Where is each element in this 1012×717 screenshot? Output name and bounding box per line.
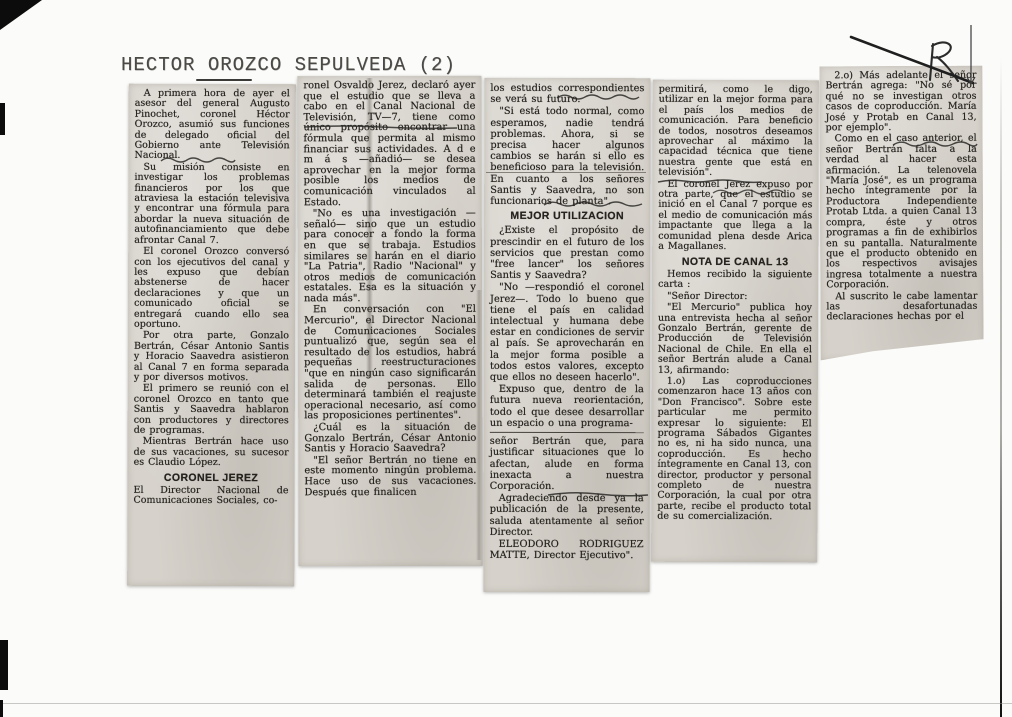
article-paragraph: permitirá, como le digo, utilizar en la … [658, 85, 812, 179]
scanned-page: HECTOR OROZCO SEPULVEDA (2) A primera ho… [0, 0, 1012, 717]
scanner-edge-mark [0, 640, 8, 690]
article-paragraph: A primera hora de ayer el asesor del gen… [135, 89, 290, 162]
article-paragraph: Su misión consiste en investigar los pro… [134, 163, 289, 247]
section-heading: NOTA DE CANAL 13 [658, 256, 812, 267]
article-paragraph: Como en el caso anterior, el señor Bertr… [826, 134, 978, 291]
article-paragraph: El coronel Orozco conversó con los ejecu… [134, 247, 289, 331]
article-paragraph: "No —respondió el coronel Jerez—. Todo l… [490, 282, 644, 383]
article-paragraph: Por otra parte, Gonzalo Bertrán, César A… [134, 331, 289, 384]
scanner-edge-mark [0, 700, 3, 717]
article-paragraph: Mientras Bertrán hace uso de sus vacacio… [134, 437, 289, 469]
article-paragraph: ELEODORO RODRIGUEZ MATTE, Director Ejecu… [490, 539, 644, 562]
scanner-edge-mark [0, 0, 42, 30]
article-column-3: los estudios correspondientes se verá su… [484, 78, 651, 592]
article-paragraph: ¿Cuál es la situación de Gonzalo Bertrán… [304, 423, 476, 455]
section-heading: MEJOR UTILIZACION [490, 211, 644, 222]
article-paragraph: los estudios correspondientes se verá su… [490, 83, 644, 106]
page-title: HECTOR OROZCO SEPULVEDA (2) [121, 54, 456, 76]
article-paragraph: 2.o) Más adelante el señor Bertrán agreg… [825, 71, 976, 134]
pen-underline-mark [196, 79, 252, 81]
article-paragraph: El coronel Jerez expuso por otra parte, … [658, 179, 812, 252]
page-edge-shadow [1000, 0, 1002, 717]
section-heading: CORONEL JEREZ [134, 472, 289, 483]
article-paragraph: Agradeciendo desde ya la publicación de … [490, 493, 644, 538]
article-paragraph: Hemos recibido la siguiente carta : [658, 270, 812, 291]
article-paragraph: El Director Nacional de Comunicaciones S… [133, 486, 288, 507]
article-paragraph: "El señor Bertrán no tiene en este momen… [304, 456, 476, 499]
article-column-5: 2.o) Más adelante el señor Bertrán agreg… [819, 66, 983, 361]
article-paragraph: ronel Osvaldo Jerez, declaró ayer que el… [303, 81, 475, 209]
article-column-4: permitirá, como le digo, utilizar en la … [651, 80, 819, 563]
article-paragraph: En conversación con "El Mercurio", el Di… [304, 305, 476, 422]
article-paragraph: "Señor Director: [658, 291, 812, 302]
article-paragraph: "No es una investigación —señaló— sino q… [304, 209, 476, 305]
article-paragraph: El primero se reunió con el coronel Oroz… [134, 384, 289, 437]
scanner-edge-mark [0, 103, 5, 135]
article-column-2: ronel Osvaldo Jerez, declaró ayer que el… [297, 76, 482, 566]
article-paragraph: 1.o) Las coproducciones comenzaron hace … [657, 377, 812, 523]
article-paragraph: Expuso que, dentro de la futura nueva re… [490, 384, 644, 429]
article-paragraph: Al suscrito le cabe lamentar las desafor… [826, 291, 977, 323]
article-paragraph: señor Bertrán que, para justificar situa… [490, 432, 644, 492]
article-column-1: A primera hora de ayer el asesor del gen… [127, 84, 296, 587]
article-paragraph: "Si está todo normal, como esperamos, na… [490, 106, 644, 207]
article-paragraph: ¿Existe el propósito de prescindir en el… [490, 225, 644, 281]
article-paragraph: "El Mercurio" publica hoy una entrevista… [658, 303, 812, 376]
page-edge-shadow [0, 703, 1012, 704]
